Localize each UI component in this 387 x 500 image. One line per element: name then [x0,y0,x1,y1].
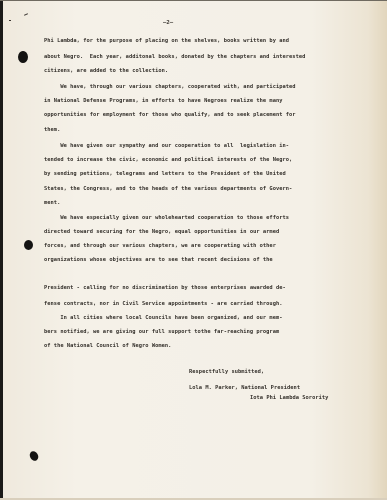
punch-hole-top [18,51,28,63]
text-line: by sending petitions, telegrams and lett… [44,171,286,178]
text-line: Phi Lambda, for the purpose of placing o… [44,38,289,45]
signature-organization: Iota Phi Lambda Sorority [250,395,328,402]
text-line: in National Defense Programs, in efforts… [44,98,283,105]
text-line: bers notified, we are giving our full su… [44,329,279,336]
ink-speck [9,20,11,21]
text-line: We have, through our various chapters, c… [44,84,296,91]
text-line: opportunities for employment for those w… [44,112,296,119]
text-line: We have given our sympathy and our coope… [44,143,289,150]
text-line: organizations whose objectives are to se… [44,257,273,264]
text-line: directed toward securing for the Negro, … [44,229,279,236]
text-line: forces, and through our various chapters… [44,243,276,250]
text-line: of the National Council of Negro Women. [44,343,171,350]
punch-hole-bottom [28,450,40,463]
text-line: them. [44,127,60,134]
ink-speck [24,13,28,16]
text-line: citizens, are added to the collection. [44,68,168,75]
text-line: ment. [44,200,60,207]
scan-left-edge [0,0,3,500]
punch-hole-middle [24,240,33,250]
text-line: about Negro. Each year, additonal books,… [44,54,305,61]
text-line: States, the Congress, and to the heads o… [44,186,292,193]
closing-line: Respectfully submitted, [189,369,264,376]
document-page: —2— Phi Lambda, for the purpose of placi… [0,0,387,500]
text-line: President - calling for no discriminatio… [44,285,286,292]
scan-top-edge [0,0,387,1]
text-line: tended to increase the civic, economic a… [44,157,292,164]
text-line: In all cities where local Councils have … [44,315,283,322]
signature-name: Lola M. Parker, National President [189,385,300,392]
text-line: fense contracts, nor in Civil Service ap… [44,301,283,308]
text-line: We have especially given our wholehearte… [44,215,289,222]
page-number: —2— [163,20,173,26]
